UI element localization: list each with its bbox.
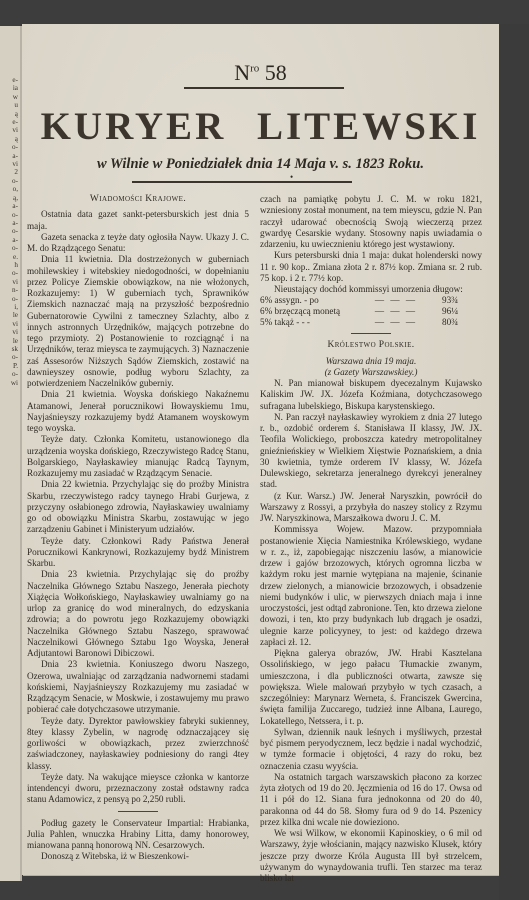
article-paragraph: Nieustający dochód kommissyi umorzenia d… <box>260 284 482 295</box>
article-paragraph: We wsi Wilkow, w ekonomii Kapinoskiey, o… <box>260 828 482 884</box>
edge-fragment: ą <box>2 135 18 143</box>
article-paragraph: Dnia 21 kwietnia. Woyska dońskiego Nakaź… <box>27 389 249 434</box>
article-paragraph: Kommissya Wojew. Mazow. przypomniała pos… <box>260 524 482 648</box>
edge-fragment: o- <box>2 269 18 277</box>
section-title: Królestwo Polskie. <box>260 340 482 351</box>
leader-dashes: — — — <box>350 306 442 317</box>
article-paragraph: Gazeta senacka z teyże daty ogłosiła Nay… <box>27 232 249 255</box>
section-source: (z Gazety Warszawskiey.) <box>260 367 482 378</box>
article-paragraph: Dnia 22 kwietnia. Przychylając się do pr… <box>27 479 249 535</box>
edge-fragment: u <box>2 101 18 109</box>
debt-table-row: 6% brzęczącą monetą— — —96¼ <box>260 306 482 317</box>
previous-page-edge: e-iawuąe-viąo-a-vi2o-o,ą,a-o-a-o-a-o-e.h… <box>0 26 22 881</box>
article-paragraph: Piękna galerya obrazów, JW. Hrabi Kaszte… <box>260 648 482 727</box>
edge-fragment: o- <box>2 143 18 151</box>
section-separator <box>118 811 158 812</box>
edge-fragment: ą, <box>2 194 18 202</box>
article-paragraph: Teyże daty. Na wakujące mieysce członka … <box>27 772 249 806</box>
edge-fragment: o- <box>2 370 18 378</box>
right-column: czach na pamiątkę pobytu J. C. M. w roku… <box>260 194 482 884</box>
edge-fragment: e- <box>2 76 18 84</box>
scan-border <box>499 24 529 900</box>
previous-page-text: e-iawuąe-viąo-a-vi2o-o,ą,a-o-a-o-a-o-e.h… <box>2 76 18 387</box>
edge-fragment: le <box>2 311 18 319</box>
article-paragraph: N. Pan raczył nayłaskawiey wyrokiem z dn… <box>260 412 482 491</box>
edge-fragment: h <box>2 261 18 269</box>
edge-fragment: a- <box>2 152 18 160</box>
article-paragraph: czach na pamiątkę pobytu J. C. M. w roku… <box>260 194 482 250</box>
issue-sup: ro <box>250 63 259 75</box>
article-paragraph: Donoszą z Witebska, iż w Bieszenkowi- <box>27 851 249 862</box>
leader-dashes: — — — <box>350 295 442 306</box>
edge-fragment: a- <box>2 202 18 210</box>
edge-fragment: vi <box>2 160 18 168</box>
edge-fragment: le <box>2 337 18 345</box>
debt-label: 6% assygn. - po <box>260 295 350 306</box>
edge-fragment: sk <box>2 345 18 353</box>
edge-fragment: w <box>2 93 18 101</box>
edge-fragment: i, <box>2 303 18 311</box>
edge-fragment: o- <box>2 211 18 219</box>
edge-fragment: vi <box>2 328 18 336</box>
issue-number: Nro 58 <box>22 60 499 86</box>
edge-fragment: 2 <box>2 168 18 176</box>
edge-fragment: ą <box>2 110 18 118</box>
article-paragraph: Teyże daty. Dyrektor pawłowskiey fabryki… <box>27 716 249 772</box>
article-paragraph: Ostatnia data gazet sankt-petersburskich… <box>27 209 249 232</box>
edge-fragment: o, <box>2 185 18 193</box>
article-paragraph: Na ostatnich targach warszawskich płacon… <box>260 772 482 828</box>
debt-value: 93¾ <box>442 295 482 306</box>
section-title: Wiadomości Krajowe. <box>27 194 249 205</box>
debt-table: 6% assygn. - po— — —93¾6% brzęczącą mone… <box>260 295 482 328</box>
edge-fragment: o- <box>2 353 18 361</box>
dateline: w Wilnie w Poniedziałek dnia 14 Maja v. … <box>22 156 499 173</box>
article-paragraph: Dnia 11 kwietnia. Dla dostrzeżonych w gu… <box>27 254 249 389</box>
debt-label: 5% takąż - - - <box>260 317 350 328</box>
leader-dashes: — — — <box>350 317 442 328</box>
edge-fragment: n- <box>2 286 18 294</box>
edge-fragment: wi <box>2 379 18 387</box>
debt-table-row: 6% assygn. - po— — —93¾ <box>260 295 482 306</box>
edge-fragment: e. <box>2 253 18 261</box>
article-paragraph: Podług gazety le Conservateur Impartial:… <box>27 818 249 852</box>
debt-table-row: 5% takąż - - -— — —80¾ <box>260 317 482 328</box>
edge-fragment: e- <box>2 118 18 126</box>
edge-fragment: o- <box>2 244 18 252</box>
edge-fragment: o- <box>2 295 18 303</box>
edge-fragment: a- <box>2 219 18 227</box>
article-paragraph: Dnia 23 kwietnia. Przychylając się do pr… <box>27 569 249 659</box>
debt-value: 80¾ <box>442 317 482 328</box>
edge-fragment: vi <box>2 126 18 134</box>
article-paragraph: Teyże daty. Członka Komitetu, ustanowion… <box>27 434 249 479</box>
article-paragraph: (z Kur. Warsz.) JW. Jenerał Naryszkin, p… <box>260 491 482 525</box>
edge-fragment: ia <box>2 84 18 92</box>
edge-fragment: P. <box>2 362 18 370</box>
debt-label: 6% brzęczącą monetą <box>260 306 350 317</box>
left-column: Wiadomości Krajowe. Ostatnia data gazet … <box>27 194 249 863</box>
issue-number-value: 58 <box>265 60 287 85</box>
article-paragraph: Teyże daty. Członkowi Rady Państwa Jener… <box>27 536 249 570</box>
article-paragraph: Kurs petersburski dnia 1 maja: dukat hol… <box>260 250 482 284</box>
edge-fragment: vi <box>2 278 18 286</box>
edge-fragment: o- <box>2 227 18 235</box>
issue-prefix: N <box>234 60 250 85</box>
newspaper-page: Nro 58 KURYER LITEWSKI w Wilnie w Ponied… <box>22 24 499 875</box>
article-paragraph: Dnia 23 kwietnia. Koniuszego dworu Nasze… <box>27 659 249 715</box>
article-paragraph: N. Pan mianował biskupem dyecezalnym Kuj… <box>260 378 482 412</box>
debt-value: 96¼ <box>442 306 482 317</box>
article-paragraph: Sylwan, dziennik nauk leśnych i myśliwyc… <box>260 727 482 772</box>
newspaper-title: KURYER LITEWSKI <box>30 104 491 149</box>
edge-fragment: a- <box>2 236 18 244</box>
edge-fragment: o- <box>2 177 18 185</box>
divider-rule <box>132 181 352 183</box>
divider-rule <box>184 87 344 89</box>
edge-fragment: vi <box>2 320 18 328</box>
section-date: Warszawa dnia 19 maja. <box>260 356 482 367</box>
section-separator <box>351 333 391 334</box>
